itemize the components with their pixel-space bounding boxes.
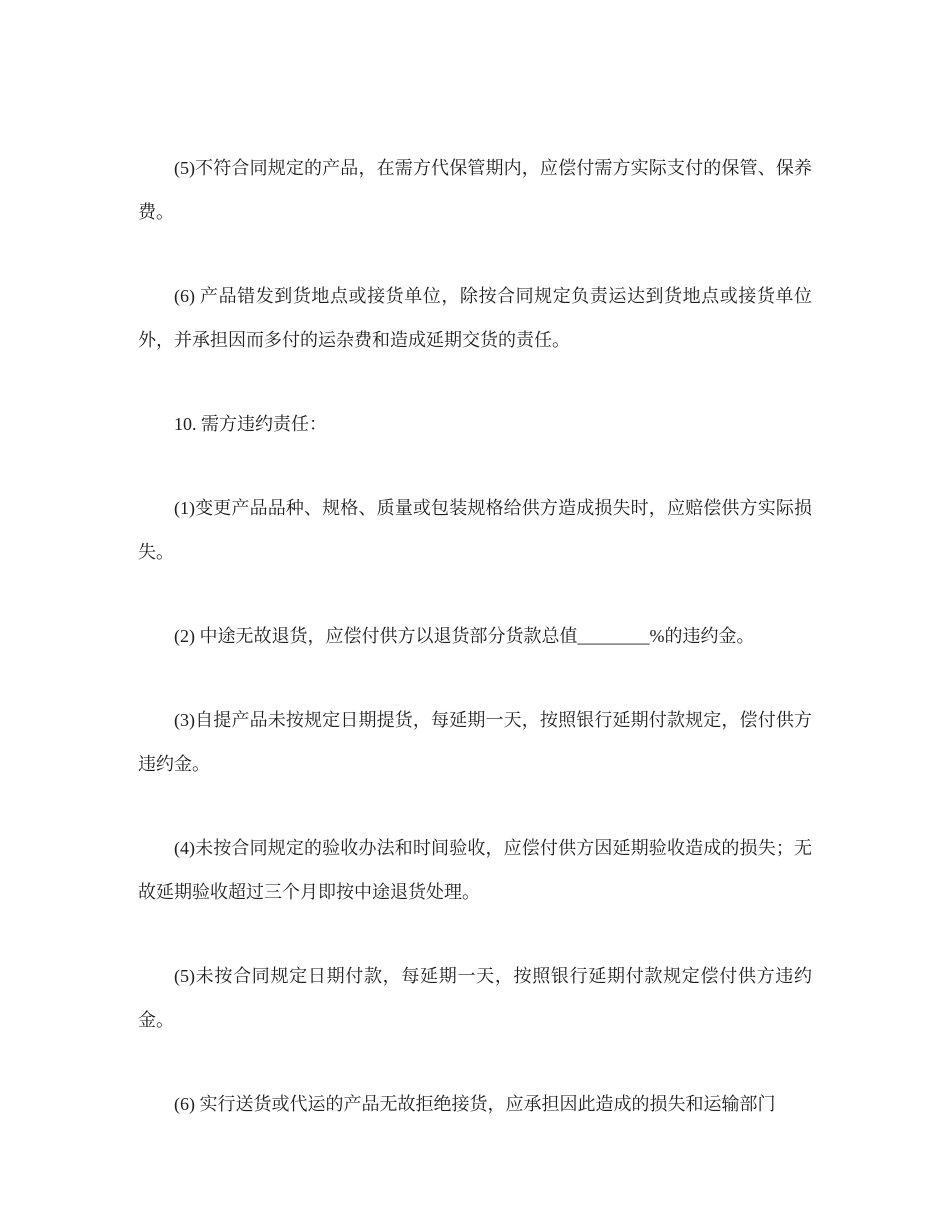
para-buyer-breach-4: (4)未按合同规定的验收办法和时间验收，应偿付供方因延期验收造成的损失；无故延期…: [138, 826, 812, 914]
heading-buyer-breach-section: 10. 需方违约责任：: [138, 402, 812, 446]
para-buyer-breach-2-penalty-blank: (2) 中途无故退货，应偿付供方以退货部分货款总值________%的违约金。: [138, 614, 812, 658]
para-supplier-breach-6: (6) 产品错发到货地点或接货单位，除按合同规定负责运达到货地点或接货单位外，并…: [138, 274, 812, 362]
para-buyer-breach-1: (1)变更产品品种、规格、质量或包装规格给供方造成损失时，应赔偿供方实际损失。: [138, 486, 812, 574]
para-buyer-breach-5: (5)未按合同规定日期付款，每延期一天，按照银行延期付款规定偿付供方违约金。: [138, 954, 812, 1042]
para-buyer-breach-6-truncated: (6) 实行送货或代运的产品无故拒绝接货，应承担因此造成的损失和运输部门: [138, 1082, 812, 1126]
contract-body: (5)不符合同规定的产品，在需方代保管期内，应偿付需方实际支付的保管、保养费。 …: [138, 146, 812, 1166]
para-buyer-breach-3: (3)自提产品未按规定日期提货，每延期一天，按照银行延期付款规定，偿付供方违约金…: [138, 698, 812, 786]
document-page: (5)不符合同规定的产品，在需方代保管期内，应偿付需方实际支付的保管、保养费。 …: [0, 0, 950, 1230]
para-supplier-breach-5: (5)不符合同规定的产品，在需方代保管期内，应偿付需方实际支付的保管、保养费。: [138, 146, 812, 234]
